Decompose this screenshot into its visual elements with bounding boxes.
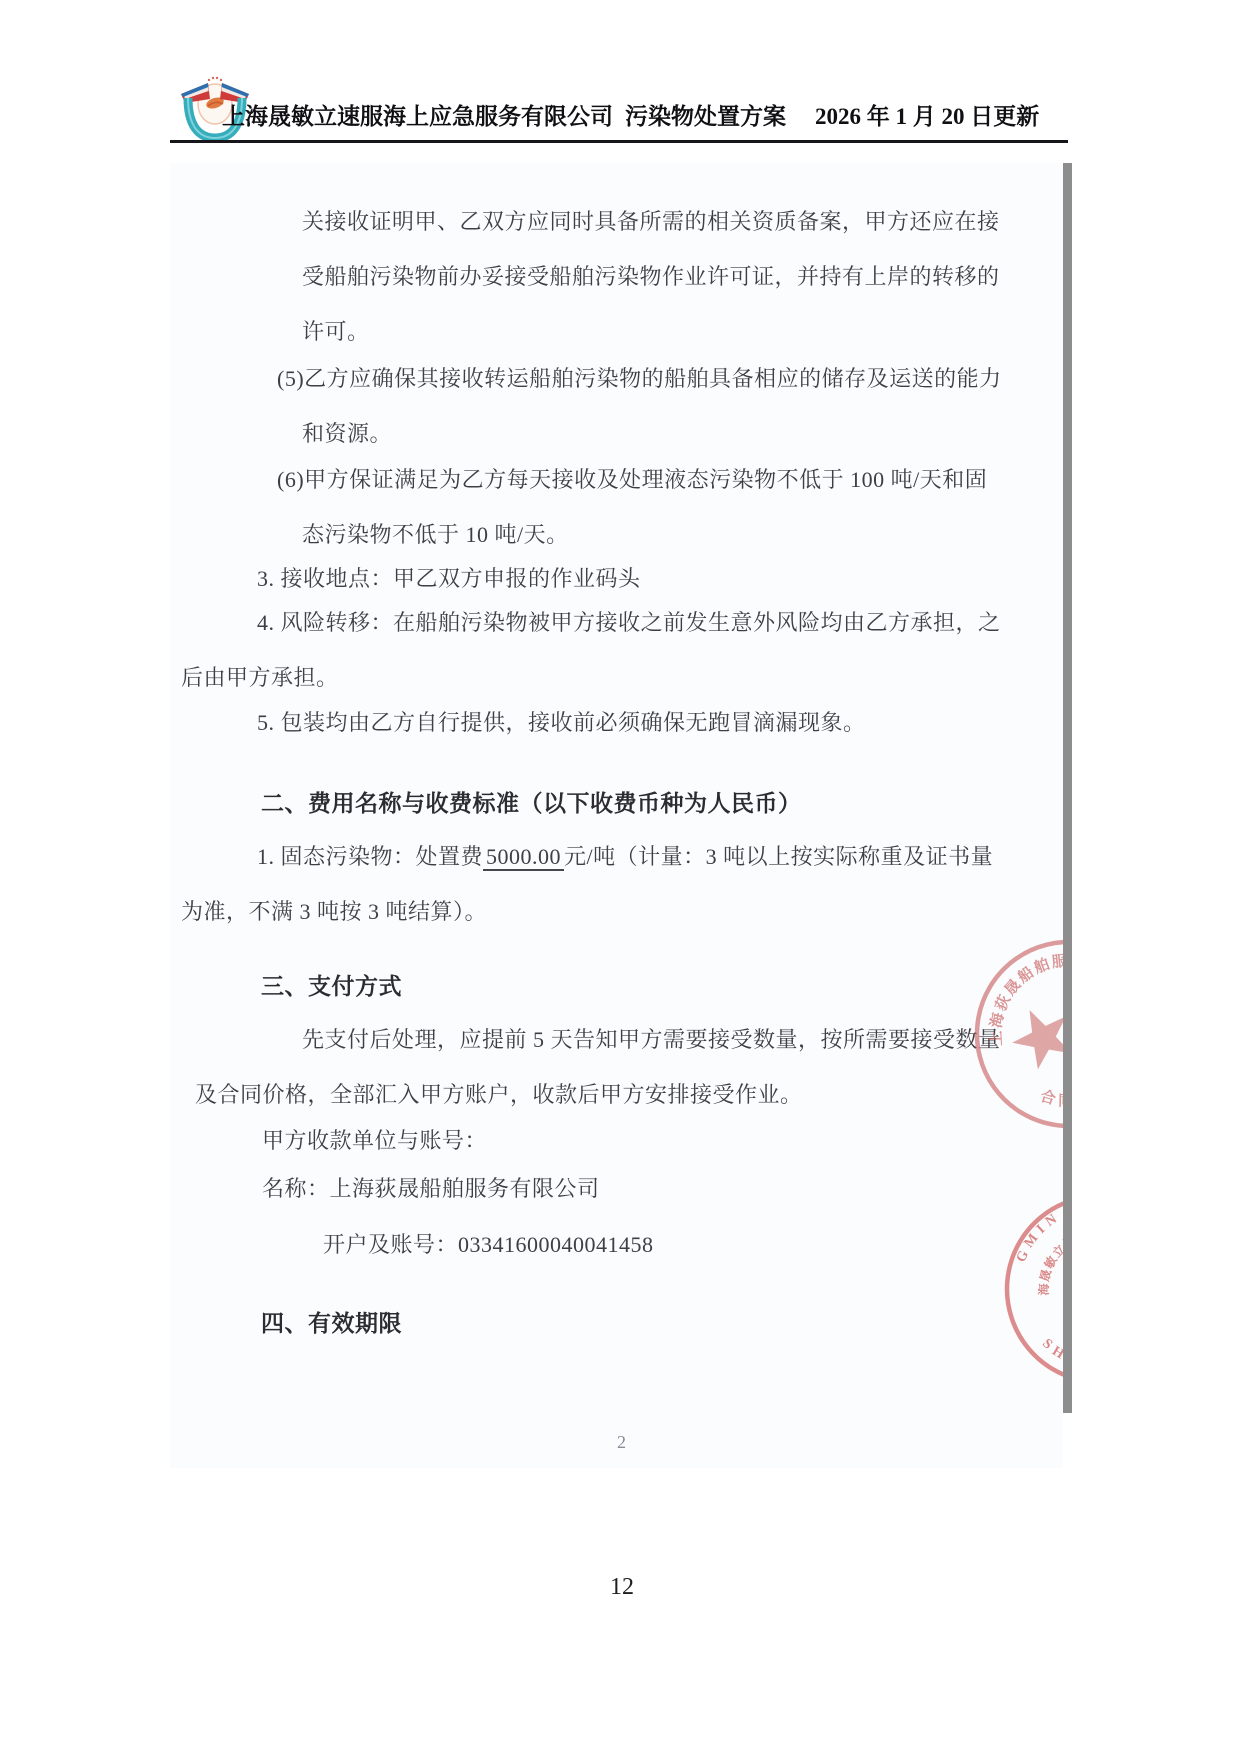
- section-heading-validity: 四、有效期限: [261, 1305, 402, 1338]
- doc-line: 4. 风险转移：在船舶污染物被甲方接收之前发生意外风险均由乙方承担，之: [257, 606, 1001, 637]
- doc-line: 受船舶污染物前办妥接受船舶污染物作业许可证，并持有上岸的转移的: [302, 260, 1000, 291]
- doc-line-fee: 1. 固态污染物：处置费5000.00元/吨（计量：3 吨以上按实际称重及证书量: [257, 840, 993, 871]
- header-company-name: 上海晟敏立速服海上应急服务有限公司: [222, 98, 613, 131]
- fee-prefix: 1. 固态污染物：处置费: [257, 844, 483, 869]
- doc-line: 态污染物不低于 10 吨/天。: [302, 518, 569, 549]
- section-heading-payment: 三、支付方式: [261, 968, 402, 1001]
- scan-page-number: 2: [617, 1432, 626, 1453]
- scanned-document-page: 上海晟敏立速服海上应急服务有限公司 污染物处置方案 2026 年 1 月 20 …: [0, 0, 1257, 1754]
- doc-line: 甲方收款单位与账号：: [262, 1124, 487, 1155]
- doc-line-payee-name: 名称：上海荻晟船舶服务有限公司: [262, 1172, 600, 1203]
- header-doc-title: 污染物处置方案: [625, 98, 786, 131]
- doc-line: 许可。: [302, 315, 370, 346]
- doc-line: 及合同价格，全部汇入甲方账户，收款后甲方安排接受作业。: [195, 1078, 803, 1109]
- doc-line: 5. 包装均由乙方自行提供，接收前必须确保无跑冒滴漏现象。: [257, 706, 866, 737]
- scan-edge-shadow: [1063, 163, 1072, 1413]
- doc-line-account-number: 开户及账号：03341600040041458: [323, 1228, 654, 1259]
- page-number: 12: [610, 1574, 634, 1601]
- doc-line: 后由甲方承担。: [181, 661, 339, 692]
- doc-line: 和资源。: [302, 417, 392, 448]
- fee-suffix: 元/吨（计量：3 吨以上按实际称重及证书量: [564, 844, 993, 869]
- fee-amount: 5000.00: [483, 844, 564, 871]
- doc-line: 3. 接收地点：甲乙双方申报的作业码头: [257, 562, 641, 593]
- doc-line: (6)甲方保证满足为乙方每天接收及处理液态污染物不低于 100 吨/天和固: [277, 463, 987, 494]
- header-updated-date: 2026 年 1 月 20 日更新: [815, 98, 1039, 131]
- doc-line: 关接收证明甲、乙双方应同时具备所需的相关资质备案，甲方还应在接: [302, 205, 1000, 236]
- logo-top-dots: [208, 77, 222, 81]
- section-heading-fees: 二、费用名称与收费标准（以下收费币种为人民币）: [261, 785, 802, 818]
- header-rule: [170, 140, 1068, 143]
- doc-line: 为准，不满 3 吨按 3 吨结算）。: [181, 895, 487, 926]
- doc-line: (5)乙方应确保其接收转运船舶污染物的船舶具备相应的储存及运送的能力: [277, 362, 1002, 393]
- doc-line: 先支付后处理，应提前 5 天告知甲方需要接受数量，按所需要接受数量: [302, 1023, 1001, 1054]
